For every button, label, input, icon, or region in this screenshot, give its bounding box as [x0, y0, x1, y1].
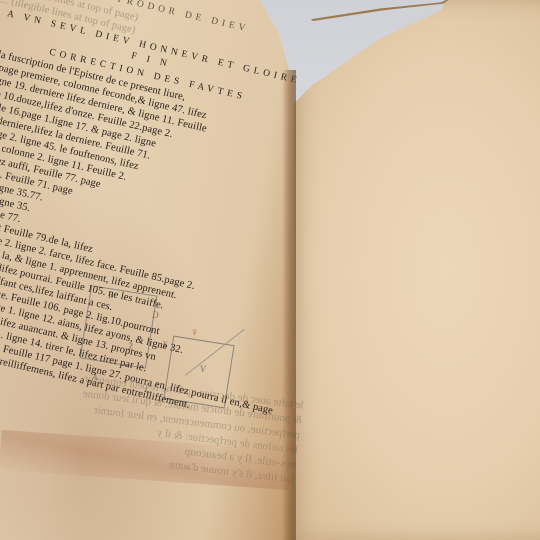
right-page-blank — [290, 0, 540, 540]
book-gutter — [282, 70, 296, 540]
